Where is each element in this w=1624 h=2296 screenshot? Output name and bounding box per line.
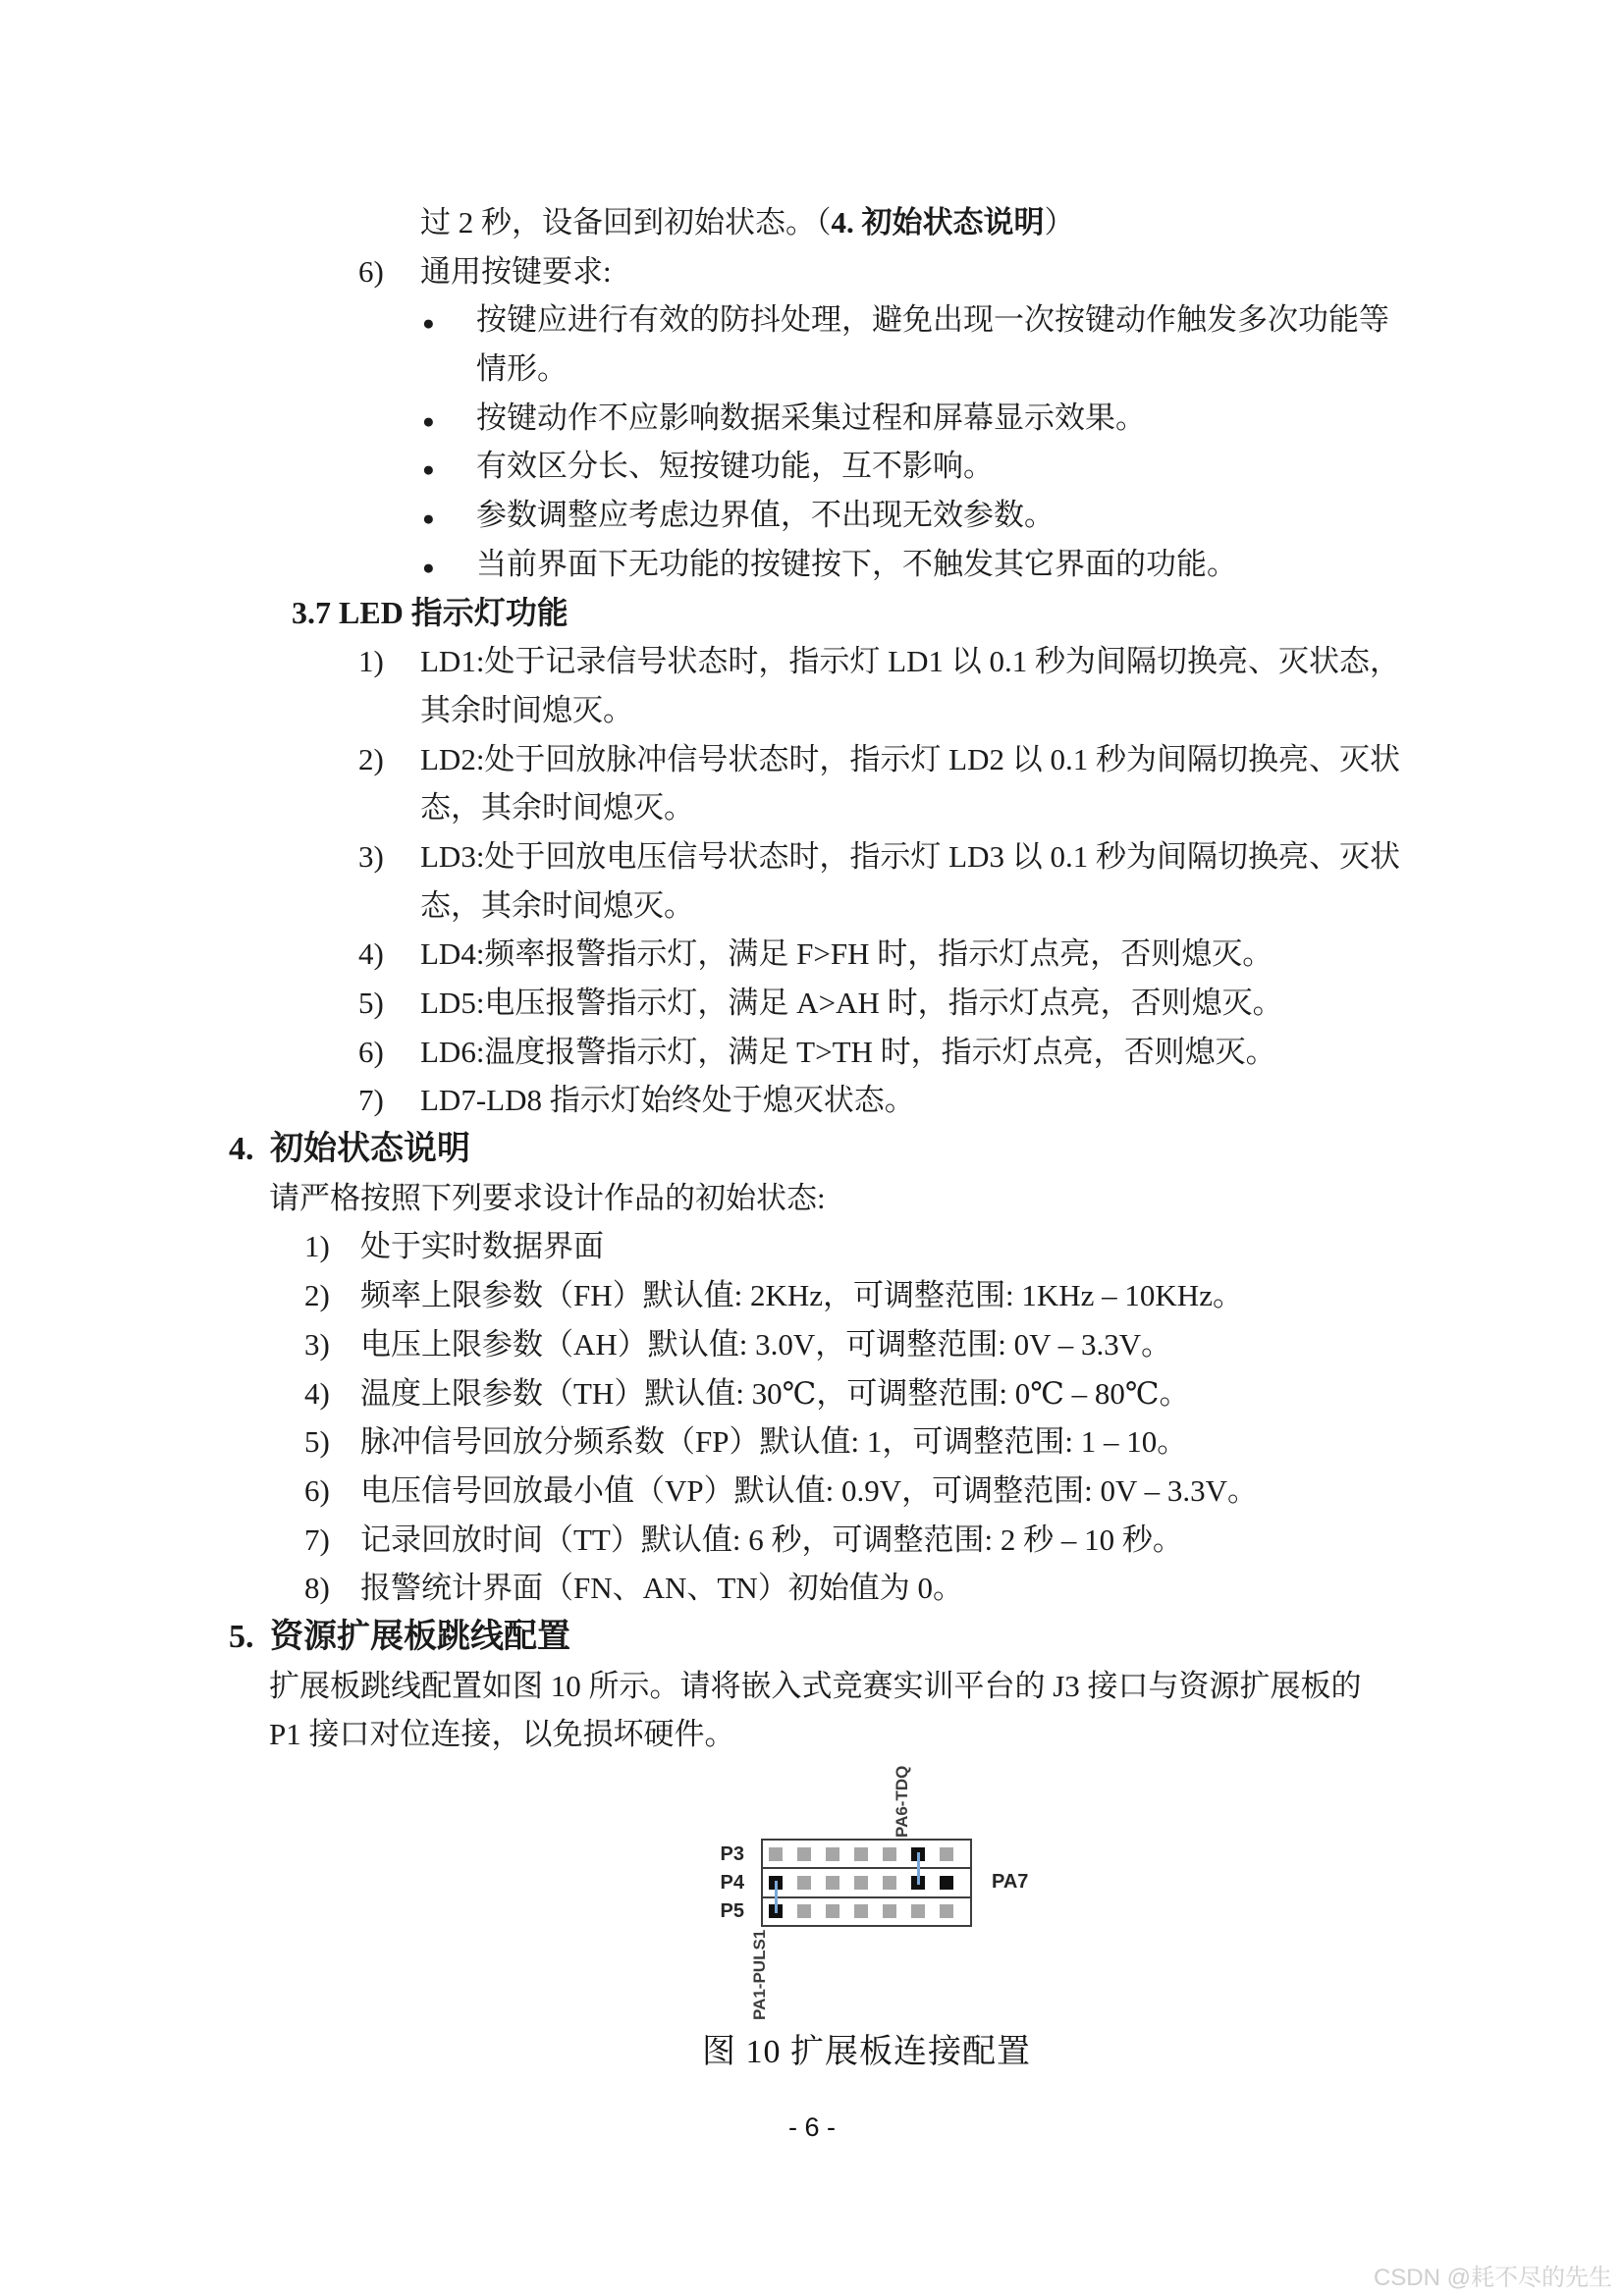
pin-row-label: P3 bbox=[668, 1842, 744, 1867]
list-number: 4) bbox=[358, 930, 420, 979]
text-segment: LD7-LD8 指示灯始终处于熄灭状态。 bbox=[420, 1083, 915, 1117]
jumper-row bbox=[763, 1841, 970, 1867]
text-line: ●当前界面下无功能的按键按下，不触发其它界面的功能。 bbox=[0, 540, 1624, 589]
text-line: 6)电压信号回放最小值（VP）默认值: 0.9V，可调整范围: 0V – 3.3… bbox=[0, 1467, 1624, 1516]
watermark: CSDN @耗不尽的先生 bbox=[1374, 2258, 1612, 2292]
text-segment: 其余时间熄灭。 bbox=[420, 693, 633, 727]
text-line: P1 接口对位连接，以免损坏硬件。 bbox=[0, 1710, 1624, 1759]
text-segment: LD2:处于回放脉冲信号状态时，指示灯 LD2 以 0.1 秒为间隔切换亮、灭状 bbox=[420, 742, 1400, 776]
text-line: 情形。 bbox=[0, 345, 1624, 394]
list-number: 7) bbox=[304, 1516, 360, 1565]
pin-open bbox=[940, 1904, 953, 1918]
text-segment: 处于实时数据界面 bbox=[360, 1229, 604, 1263]
text-segment: 态，其余时间熄灭。 bbox=[420, 790, 694, 825]
list-number: 4. bbox=[229, 1125, 270, 1174]
pin-row-label-pa7: PA7 bbox=[992, 1869, 1028, 1895]
text-segment: LD5:电压报警指示灯，满足 A>AH 时，指示灯点亮，否则熄灭。 bbox=[420, 986, 1283, 1020]
text-segment: 参数调整应考虑边界值，不出现无效参数。 bbox=[476, 498, 1055, 532]
pin-column-label-pa1-puls1: PA1-PULS1 bbox=[749, 1930, 771, 2020]
text-segment: 按键动作不应影响数据采集过程和屏幕显示效果。 bbox=[476, 400, 1146, 435]
pin-open bbox=[826, 1876, 839, 1890]
bullet-icon: ● bbox=[422, 446, 476, 495]
pin-open bbox=[854, 1847, 868, 1861]
list-number: 5. bbox=[229, 1613, 270, 1662]
bullet-icon: ● bbox=[422, 544, 476, 593]
text-segment: 记录回放时间（TT）默认值: 6 秒，可调整范围: 2 秒 – 10 秒。 bbox=[360, 1522, 1183, 1557]
list-number: 1) bbox=[304, 1222, 360, 1271]
pin-open bbox=[826, 1847, 839, 1861]
bullet-icon: ● bbox=[422, 495, 476, 544]
jumper-grid bbox=[761, 1839, 972, 1927]
text-segment: 初始状态说明 bbox=[270, 1131, 470, 1167]
text-segment: 4. 初始状态说明 bbox=[832, 205, 1045, 240]
text-line: ●按键应进行有效的防抖处理，避免出现一次按键动作触发多次功能等 bbox=[0, 295, 1624, 345]
list-number: 6) bbox=[304, 1467, 360, 1516]
pin-open bbox=[911, 1904, 925, 1918]
pin-open bbox=[883, 1876, 896, 1890]
pin-row-label: P5 bbox=[668, 1898, 744, 1924]
pin-open bbox=[826, 1904, 839, 1918]
text-line: 态，其余时间熄灭。 bbox=[0, 783, 1624, 832]
pin-connected bbox=[940, 1876, 953, 1890]
pin-open bbox=[883, 1847, 896, 1861]
text-line: 1)处于实时数据界面 bbox=[0, 1222, 1624, 1271]
text-segment: LD4:频率报警指示灯，满足 F>FH 时，指示灯点亮，否则熄灭。 bbox=[420, 936, 1272, 971]
list-number: 2) bbox=[304, 1271, 360, 1320]
text-line: 扩展板跳线配置如图 10 所示。请将嵌入式竞赛实训平台的 J3 接口与资源扩展板… bbox=[0, 1662, 1624, 1711]
text-line: 5)LD5:电压报警指示灯，满足 A>AH 时，指示灯点亮，否则熄灭。 bbox=[0, 979, 1624, 1028]
pin-open bbox=[797, 1904, 811, 1918]
list-number: 5) bbox=[304, 1417, 360, 1467]
list-number: 5) bbox=[358, 979, 420, 1028]
bullet-icon: ● bbox=[422, 398, 476, 447]
list-number: 8) bbox=[304, 1564, 360, 1613]
text-line: 2)频率上限参数（FH）默认值: 2KHz，可调整范围: 1KHz – 10KH… bbox=[0, 1271, 1624, 1320]
text-segment: 态，其余时间熄灭。 bbox=[420, 888, 694, 923]
text-segment: P1 接口对位连接，以免损坏硬件。 bbox=[269, 1717, 735, 1751]
text-line: 4)LD4:频率报警指示灯，满足 F>FH 时，指示灯点亮，否则熄灭。 bbox=[0, 930, 1624, 979]
pin-open bbox=[797, 1847, 811, 1861]
figure-caption: 图 10 扩展板连接配置 bbox=[702, 2024, 1031, 2072]
text-segment: LD6:温度报警指示灯，满足 T>TH 时，指示灯点亮，否则熄灭。 bbox=[420, 1035, 1276, 1069]
bullet-icon: ● bbox=[422, 299, 476, 348]
document-lines: 过 2 秒，设备回到初始状态。（4. 初始状态说明）6)通用按键要求:●按键应进… bbox=[0, 198, 1624, 1759]
text-line: 过 2 秒，设备回到初始状态。（4. 初始状态说明） bbox=[0, 198, 1624, 247]
text-line: 4)温度上限参数（TH）默认值: 30℃，可调整范围: 0℃ – 80℃。 bbox=[0, 1369, 1624, 1418]
list-number: 6) bbox=[358, 1028, 420, 1077]
list-number: 7) bbox=[358, 1076, 420, 1125]
text-line: 1)LD1:处于记录信号状态时，指示灯 LD1 以 0.1 秒为间隔切换亮、灭状… bbox=[0, 637, 1624, 686]
text-segment: 脉冲信号回放分频系数（FP）默认值: 1，可调整范围: 1 – 10。 bbox=[360, 1424, 1187, 1459]
text-segment: 3.7 LED 指示灯功能 bbox=[292, 595, 568, 630]
text-line: 8)报警统计界面（FN、AN、TN）初始值为 0。 bbox=[0, 1564, 1624, 1613]
pin-row-label: P4 bbox=[668, 1870, 744, 1896]
text-segment: 频率上限参数（FH）默认值: 2KHz，可调整范围: 1KHz – 10KHz。 bbox=[360, 1278, 1243, 1312]
text-segment: 电压上限参数（AH）默认值: 3.0V，可调整范围: 0V – 3.3V。 bbox=[360, 1327, 1171, 1362]
list-number: 1) bbox=[358, 637, 420, 686]
text-line: 3)LD3:处于回放电压信号状态时，指示灯 LD3 以 0.1 秒为间隔切换亮、… bbox=[0, 832, 1624, 881]
text-segment: LD1:处于记录信号状态时，指示灯 LD1 以 0.1 秒为间隔切换亮、灭状态， bbox=[420, 644, 1400, 678]
text-line: 态，其余时间熄灭。 bbox=[0, 881, 1624, 931]
pin-open bbox=[797, 1876, 811, 1890]
list-number: 3) bbox=[358, 832, 420, 881]
text-segment: 请严格按照下列要求设计作品的初始状态: bbox=[269, 1181, 826, 1215]
jumper-row bbox=[763, 1867, 970, 1896]
text-line: 3)电压上限参数（AH）默认值: 3.0V，可调整范围: 0V – 3.3V。 bbox=[0, 1320, 1624, 1369]
text-line: 2)LD2:处于回放脉冲信号状态时，指示灯 LD2 以 0.1 秒为间隔切换亮、… bbox=[0, 735, 1624, 784]
text-line: ●参数调整应考虑边界值，不出现无效参数。 bbox=[0, 491, 1624, 540]
text-segment: 过 2 秒，设备回到初始状态。（ bbox=[420, 205, 832, 240]
text-line: 6)通用按键要求: bbox=[0, 247, 1624, 296]
text-line: 6)LD6:温度报警指示灯，满足 T>TH 时，指示灯点亮，否则熄灭。 bbox=[0, 1028, 1624, 1077]
text-segment: 报警统计界面（FN、AN、TN）初始值为 0。 bbox=[360, 1571, 963, 1605]
pin-open bbox=[940, 1847, 953, 1861]
text-line: 其余时间熄灭。 bbox=[0, 686, 1624, 735]
page-number: - 6 - bbox=[0, 2112, 1624, 2143]
document-page: 过 2 秒，设备回到初始状态。（4. 初始状态说明）6)通用按键要求:●按键应进… bbox=[0, 0, 1624, 2296]
text-line: 5.资源扩展板跳线配置 bbox=[0, 1613, 1624, 1662]
text-line: 4.初始状态说明 bbox=[0, 1125, 1624, 1174]
text-segment: 通用按键要求: bbox=[420, 254, 612, 289]
pin-open bbox=[769, 1847, 783, 1861]
text-line: 3.7 LED 指示灯功能 bbox=[0, 589, 1624, 638]
text-segment: 按键应进行有效的防抖处理，避免出现一次按键动作触发多次功能等 bbox=[476, 302, 1389, 337]
text-segment: 资源扩展板跳线配置 bbox=[270, 1619, 570, 1655]
text-segment: 电压信号回放最小值（VP）默认值: 0.9V，可调整范围: 0V – 3.3V。 bbox=[360, 1473, 1258, 1508]
text-line: 7)LD7-LD8 指示灯始终处于熄灭状态。 bbox=[0, 1076, 1624, 1125]
text-segment: 情形。 bbox=[476, 351, 568, 386]
pin-open bbox=[854, 1904, 868, 1918]
text-segment: ） bbox=[1045, 205, 1075, 240]
text-segment: LD3:处于回放电压信号状态时，指示灯 LD3 以 0.1 秒为间隔切换亮、灭状 bbox=[420, 839, 1400, 874]
list-number: 4) bbox=[304, 1369, 360, 1418]
text-line: ●有效区分长、短按键功能，互不影响。 bbox=[0, 442, 1624, 491]
pin-open bbox=[854, 1876, 868, 1890]
text-line: 7)记录回放时间（TT）默认值: 6 秒，可调整范围: 2 秒 – 10 秒。 bbox=[0, 1516, 1624, 1565]
text-line: ●按键动作不应影响数据采集过程和屏幕显示效果。 bbox=[0, 394, 1624, 443]
text-segment: 有效区分长、短按键功能，互不影响。 bbox=[476, 449, 994, 483]
list-number: 6) bbox=[358, 247, 420, 296]
connector-line bbox=[775, 1881, 778, 1913]
connector-line bbox=[917, 1852, 920, 1885]
text-line: 请严格按照下列要求设计作品的初始状态: bbox=[0, 1174, 1624, 1223]
text-segment: 当前界面下无功能的按键按下，不触发其它界面的功能。 bbox=[476, 547, 1237, 581]
jumper-row bbox=[763, 1896, 970, 1925]
text-segment: 扩展板跳线配置如图 10 所示。请将嵌入式竞赛实训平台的 J3 接口与资源扩展板… bbox=[269, 1669, 1362, 1703]
list-number: 3) bbox=[304, 1320, 360, 1369]
pin-column-label-pa6-tdq: PA6-TDQ bbox=[892, 1766, 913, 1838]
text-segment: 温度上限参数（TH）默认值: 30℃，可调整范围: 0℃ – 80℃。 bbox=[360, 1376, 1190, 1411]
list-number: 2) bbox=[358, 735, 420, 784]
pin-open bbox=[883, 1904, 896, 1918]
text-line: 5)脉冲信号回放分频系数（FP）默认值: 1，可调整范围: 1 – 10。 bbox=[0, 1417, 1624, 1467]
